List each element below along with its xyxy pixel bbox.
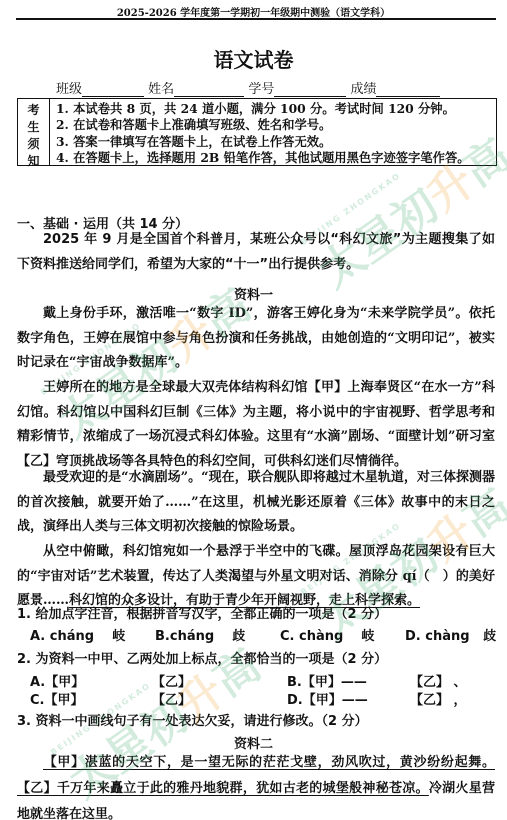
instruction-item: 3. 答案一律填写在答题卡上，在试卷上作答无效。 [56,134,496,150]
exam-instructions-box: 考 生 须 知 1. 本试卷共 8 页，共 24 道小题，满分 100 分。考试… [17,98,497,166]
section-intro: 2025 年 9 月是全国首个科普月，某班公众号以“科幻文旅”为主题搜集了如下资… [17,228,495,277]
material1-paragraph: 戴上身份手环，激活唯一“数字 ID”，游客王婷化身为“未来学院学员”。依托数字角… [17,302,495,376]
q2-option-c[interactable]: C.【甲】 [30,689,84,708]
q1-option-d[interactable]: D. chàng 歧 [405,625,496,644]
instruction-item: 2. 在试卷和答题卡上准确填写班级、姓名和学号。 [56,117,496,133]
q2-option-d-yi: 【乙】 ， [410,689,467,708]
question-3-stem: 3. 资料一中画线句子有一处表达欠妥，请进行修改。（2 分） [17,710,368,729]
q2-option-a[interactable]: A.【甲】 [30,671,84,690]
exam-header: 2025-2026 学年度第一学期初一年级期中测验（语文学科） [0,4,507,19]
exam-page: 2025-2026 学年度第一学期初一年级期中测验（语文学科） 语文试卷 班级 … [0,0,507,820]
material2-line-yi: 【乙】千万年来矗立于此的雅丹地貌群，犹如古老的城堡般神秘苍凉。 [17,781,429,796]
student-info-row: 班级 姓名 学号 成绩 [56,78,496,97]
class-field[interactable] [82,84,144,97]
q2-option-b[interactable]: B.【甲】—— [287,671,367,690]
name-field[interactable] [174,84,244,97]
instructions-list: 1. 本试卷共 8 页，共 24 道小题，满分 100 分。考试时间 120 分… [50,99,496,165]
question-2-stem: 2. 为资料一中甲、乙两处加上标点，全都恰当的一项是（2 分） [17,648,387,667]
student-id-label: 学号 [248,82,274,97]
q2-option-b-yi: 【乙】 、 [410,671,467,690]
header-divider [16,18,496,20]
q2-option-c-yi: 【乙】 [152,689,191,708]
q1-option-c[interactable]: C. chàng 岐 [280,625,374,644]
instructions-label: 考 生 须 知 [18,99,50,165]
q1-option-a[interactable]: A. cháng 岐 [30,625,125,644]
q2-option-d[interactable]: D.【甲】—— [287,689,368,708]
material1-heading: 资料一 [0,284,507,303]
instruction-item: 1. 本试卷共 8 页，共 24 道小题，满分 100 分。考试时间 120 分… [56,101,496,117]
score-label: 成绩 [350,82,376,97]
q2-option-a-yi: 【乙】 [152,671,191,690]
instruction-item: 4. 在答题卡上，选择题用 2B 铅笔作答，其他试题用黑色字迹签字笔作答。 [56,150,496,166]
material2-line-jia: 【甲】湛蓝的天空下，是一望无际的茫茫戈壁，劲风吹过，黄沙纷纷起舞。 [43,755,495,770]
material1-paragraph: 最受欢迎的是“水滴剧场”。“现在，联合舰队即将越过木星轨道，对三体探测器的首次接… [17,466,495,540]
class-label: 班级 [56,82,82,97]
question-1-stem: 1. 给加点字注音，根据拼音写汉字，全都正确的一项是（2 分） [17,603,387,622]
name-label: 姓名 [148,82,174,97]
page-title: 语文试卷 [0,44,507,73]
material2-text: 【甲】湛蓝的天空下，是一望无际的茫茫戈壁，劲风吹过，黄沙纷纷起舞。【乙】千万年来… [17,750,495,820]
material1-paragraph: 王婷所在的地方是全球最大双壳体结构科幻馆【甲】上海奉贤区“在水一方”科幻馆。科幻… [17,376,495,474]
score-field[interactable] [376,84,440,97]
q1-option-b[interactable]: B.cháng 歧 [155,625,245,644]
student-id-field[interactable] [274,84,346,97]
